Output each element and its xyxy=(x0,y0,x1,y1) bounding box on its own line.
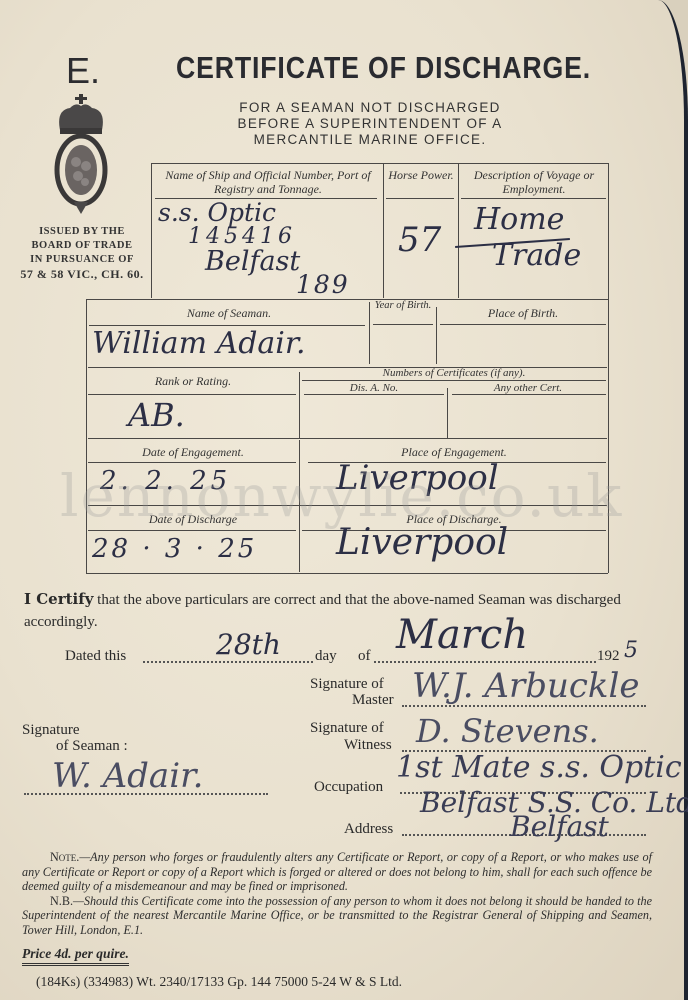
price-text: Price 4d. per quire. xyxy=(22,946,129,966)
issued-line-3: IN PURSUANCE OF xyxy=(18,253,146,267)
note-text: —Any person who forges or fraudulently a… xyxy=(22,850,652,893)
dis-a-no-label: Dis. A. No. xyxy=(302,381,446,395)
subtitle-line-2: BEFORE A SUPERINTENDENT OF A xyxy=(190,116,550,132)
nb-text: —Should this Certificate come into the p… xyxy=(22,894,652,937)
certificates-label: Numbers of Certificates (if any). xyxy=(302,366,606,380)
seaman-name-label: Name of Seaman. xyxy=(89,306,369,320)
voyage-line-1-value: Home xyxy=(474,202,564,237)
page-title: CERTIFICATE OF DISCHARGE. xyxy=(176,50,591,86)
dated-year-prefix: 192 xyxy=(597,648,620,665)
year-of-birth-label: Year of Birth. xyxy=(370,301,436,311)
port-registry-value: Belfast xyxy=(205,246,300,277)
issued-line-4: 57 & 58 VIC., CH. 60. xyxy=(18,267,146,281)
ship-name-value: s.s. Optic xyxy=(158,198,276,227)
issued-by-text: ISSUED BY THE BOARD OF TRADE IN PURSUANC… xyxy=(18,225,146,281)
master-signature: W.J. Arbuckle xyxy=(412,666,640,706)
witness-signature: D. Stevens. xyxy=(416,712,599,750)
dated-of-label: of xyxy=(358,648,371,665)
witness-label-2: Witness xyxy=(344,737,392,754)
seaman-sig-label-2: of Seaman : xyxy=(56,738,128,755)
watermark: lennonwylie.co.uk xyxy=(60,462,623,530)
engagement-date-label: Date of Engagement. xyxy=(88,445,298,459)
legal-note: Note.—Any person who forges or fraudulen… xyxy=(22,850,652,937)
ship-name-label: Name of Ship and Official Number, Port o… xyxy=(155,168,381,196)
rank-value: AB. xyxy=(128,396,185,434)
tonnage-value: 189 xyxy=(296,270,350,299)
occupation-label: Occupation xyxy=(314,779,383,796)
note-lead: Note. xyxy=(50,850,79,864)
seaman-sig-label-1: Signature xyxy=(22,722,80,739)
address-label: Address xyxy=(344,821,393,838)
dated-year-digit: 5 xyxy=(624,638,638,663)
certify-statement: I Certify that the above particulars are… xyxy=(24,588,654,633)
subtitle-line-1: FOR A SEAMAN NOT DISCHARGED xyxy=(190,100,550,116)
issued-line-2: BOARD OF TRADE xyxy=(18,239,146,253)
issued-line-1: ISSUED BY THE xyxy=(18,225,146,239)
engagement-place-label: Place of Engagement. xyxy=(302,445,606,459)
master-label-2: Master xyxy=(352,692,394,709)
place-of-birth-label: Place of Birth. xyxy=(438,306,608,320)
master-label-1: Signature of xyxy=(310,676,384,693)
subtitle-line-3: MERCANTILE MARINE OFFICE. xyxy=(190,132,550,148)
seaman-name-value: William Adair. xyxy=(92,326,306,361)
other-cert-label: Any other Cert. xyxy=(450,381,606,395)
voyage-label: Description of Voyage or Employment. xyxy=(461,168,607,196)
rank-label: Rank or Rating. xyxy=(88,374,298,388)
print-code: (184Ks) (334983) Wt. 2340/17133 Gp. 144 … xyxy=(36,974,402,990)
dated-month-value: March xyxy=(396,612,528,658)
nb-lead: N.B. xyxy=(50,894,73,908)
nb-paragraph: N.B.—Should this Certificate come into t… xyxy=(22,894,652,938)
certify-text: that the above particulars are correct a… xyxy=(24,592,621,630)
certificate-paper: E. CERTIFICATE OF DISCHARGE. FOR A SEAMA… xyxy=(0,0,688,1000)
discharge-date-value: 28 · 3 · 25 xyxy=(92,534,257,564)
seaman-signature: W. Adair. xyxy=(52,756,203,796)
occupation-value: 1st Mate s.s. Optic xyxy=(396,750,682,785)
note-paragraph: Note.—Any person who forges or fraudulen… xyxy=(22,850,652,894)
witness-label-1: Signature of xyxy=(310,720,384,737)
horse-power-label: Horse Power. xyxy=(386,168,456,182)
dated-day-value: 28th xyxy=(216,628,281,661)
dated-day-label: day xyxy=(315,648,337,665)
certify-lead: I Certify xyxy=(24,590,93,608)
subtitle: FOR A SEAMAN NOT DISCHARGED BEFORE A SUP… xyxy=(190,100,550,148)
board-of-trade-crest-icon xyxy=(50,92,112,217)
dated-prefix: Dated this xyxy=(65,648,126,665)
horse-power-value: 57 xyxy=(398,220,441,260)
form-letter: E. xyxy=(66,50,100,92)
address-line-2-value: Belfast xyxy=(510,810,609,843)
voyage-line-2-value: Trade xyxy=(492,238,581,273)
